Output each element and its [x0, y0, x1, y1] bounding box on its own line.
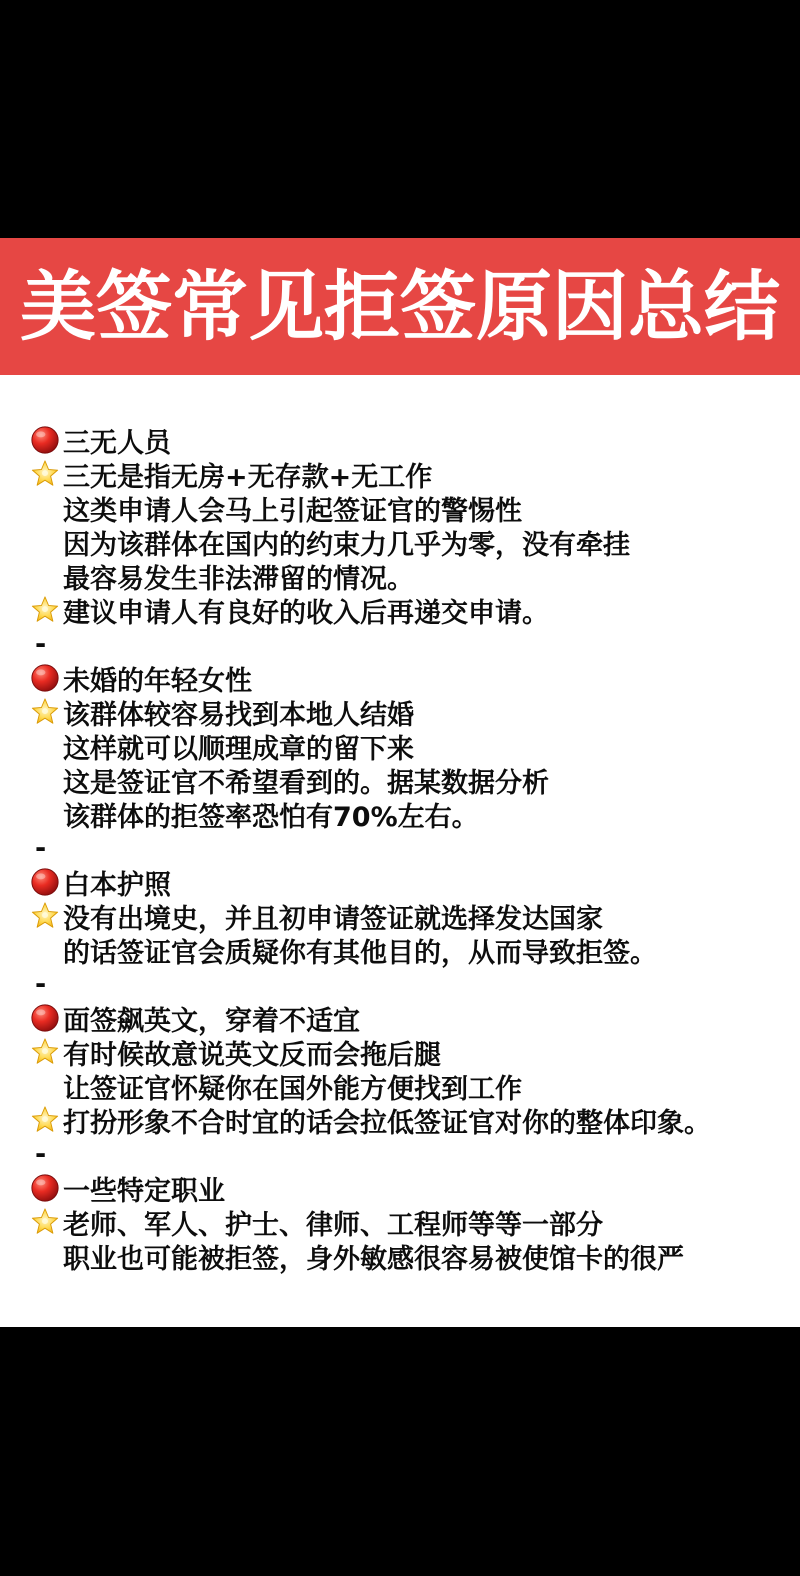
red-circle-icon — [30, 867, 60, 897]
bullet-text: 打扮形象不合时宜的话会拉低签证官对你的整体印象。 — [63, 1101, 711, 1140]
section-heading-line: 三无人员 — [30, 423, 790, 457]
page-title: 美签常见拒签原因总结 — [12, 238, 788, 375]
bullet-line: 老师、军人、护士、律师、工程师等等一部分 — [30, 1205, 790, 1239]
continuation-text: 该群体的拒签率恐怕有70%左右。 — [30, 795, 479, 834]
bullet-line: 该群体较容易找到本地人结婚 — [30, 695, 790, 729]
section-separator: - — [30, 967, 790, 1001]
separator-dash: - — [35, 629, 46, 660]
separator-dash: - — [35, 969, 46, 1000]
section-separator: - — [30, 1137, 790, 1171]
glowing-star-icon — [30, 1207, 60, 1237]
continuation-line: 这类申请人会马上引起签证官的警惕性 — [30, 491, 790, 525]
glowing-star-icon — [30, 697, 60, 727]
red-circle-icon — [30, 1173, 60, 1203]
letterbox-top — [0, 0, 800, 238]
continuation-line: 最容易发生非法滞留的情况。 — [30, 559, 790, 593]
glowing-star-icon — [30, 1037, 60, 1067]
red-circle-icon — [30, 1003, 60, 1033]
continuation-line: 的话签证官会质疑你有其他目的，从而导致拒签。 — [30, 933, 790, 967]
section-heading-line: 未婚的年轻女性 — [30, 661, 790, 695]
continuation-line: 因为该群体在国内的约束力几乎为零，没有牵挂 — [30, 525, 790, 559]
continuation-text: 的话签证官会质疑你有其他目的，从而导致拒签。 — [30, 931, 657, 970]
infographic-page: 美签常见拒签原因总结 三无人员 — [0, 0, 800, 1576]
bullet-line: 有时候故意说英文反而会拖后腿 — [30, 1035, 790, 1069]
continuation-line: 该群体的拒签率恐怕有70%左右。 — [30, 797, 790, 831]
separator-dash: - — [35, 833, 46, 864]
glowing-star-icon — [30, 595, 60, 625]
section-heading-line: 一些特定职业 — [30, 1171, 790, 1205]
red-circle-icon — [30, 425, 60, 455]
red-circle-icon — [30, 663, 60, 693]
separator-dash: - — [35, 1139, 46, 1170]
bullet-text: 建议申请人有良好的收入后再递交申请。 — [63, 591, 549, 630]
continuation-line: 这是签证官不希望看到的。据某数据分析 — [30, 763, 790, 797]
bullet-line: 三无是指无房+无存款+无工作 — [30, 457, 790, 491]
glowing-star-icon — [30, 1105, 60, 1135]
glowing-star-icon — [30, 901, 60, 931]
bullet-line: 建议申请人有良好的收入后再递交申请。 — [30, 593, 790, 627]
section-heading-line: 面签飙英文，穿着不适宜 — [30, 1001, 790, 1035]
continuation-text: 职业也可能被拒签，身外敏感很容易被使馆卡的很严 — [30, 1237, 684, 1276]
continuation-line: 这样就可以顺理成章的留下来 — [30, 729, 790, 763]
section-heading-line: 白本护照 — [30, 865, 790, 899]
glowing-star-icon — [30, 459, 60, 489]
section-separator: - — [30, 627, 790, 661]
continuation-line: 让签证官怀疑你在国外能方便找到工作 — [30, 1069, 790, 1103]
content-area: 三无人员 三无是指无房+无存款+无工作 这类申请人会马上引起签证官的警惕性 因为… — [0, 375, 800, 1327]
bullet-line: 打扮形象不合时宜的话会拉低签证官对你的整体印象。 — [30, 1103, 790, 1137]
section-separator: - — [30, 831, 790, 865]
title-banner: 美签常见拒签原因总结 — [0, 238, 800, 375]
continuation-line: 职业也可能被拒签，身外敏感很容易被使馆卡的很严 — [30, 1239, 790, 1273]
bullet-line: 没有出境史，并且初申请签证就选择发达国家 — [30, 899, 790, 933]
